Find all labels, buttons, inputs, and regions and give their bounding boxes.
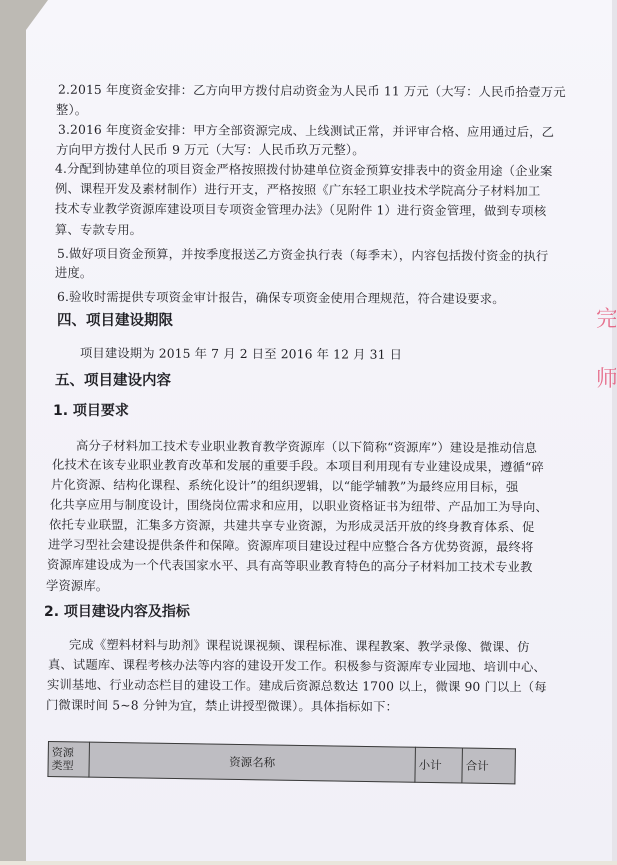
content-line: 实训基地、行业动态栏目的建设工作。建成后资源总数达 1700 以上，微课 90 … — [47, 677, 547, 696]
header-resource-type-line2: 类型 — [52, 759, 74, 772]
funding-item-4-line3: 技术专业教学资源库建设项目专项资金管理办法》（见附件 1）进行资金管理，做到专项… — [55, 201, 546, 220]
header-resource-name: 资源名称 — [89, 742, 416, 782]
header-total: 合计 — [462, 748, 516, 784]
requirements-line: 片化资源、结构化课程、系统化设计”的组织逻辑，以“能学辅教”为最终应用目标，强 — [51, 477, 518, 495]
funding-item-4-line1: 4.分配到协建单位的项目资金严格按照拨付协建单位资金预算安排表中的资金用途（企业… — [55, 161, 553, 180]
requirements-line: 化技术在该专业职业教育改革和发展的重要手段。本项目利用现有专业建设成果，遵循“碎 — [52, 457, 544, 476]
funding-item-4-line2: 例、课程开发及素材制作）进行开支，严格按照《广东轻工职业技术学院高分子材料加工 — [55, 181, 541, 200]
requirements-line: 学资源库。 — [46, 578, 108, 594]
requirements-line: 依托专业联盟，汇集多方资源，共建共享专业资源，为形成灵活开放的终身教育体系、促 — [49, 517, 535, 536]
stamp-char: 完 — [596, 300, 616, 340]
funding-item-2-line2: 整）。 — [56, 102, 87, 118]
requirements-line: 进学习型社会建设提供条件和保障。资源库项目建设过程中应整合各方优势资源，最终将 — [48, 537, 534, 556]
subsection1-heading: 1. 项目要求 — [53, 402, 129, 420]
header-resource-type-line1: 资源 — [52, 746, 74, 759]
section4-period-text: 项目建设期为 2015 年 7 月 2 日至 2016 年 12 月 31 日 — [80, 345, 402, 363]
section4-heading: 四、项目建设期限 — [57, 312, 173, 330]
section5-heading: 五、项目建设内容 — [55, 372, 171, 390]
funding-item-3-line2: 方向甲方拨付人民币 9 万元（大写：人民币玖万元整）。 — [56, 142, 365, 158]
content-line: 完成《塑料材料与助剂》课程说课视频、课程标准、课程教案、教学录像、微课、仿 — [69, 637, 530, 655]
header-resource-type: 资源 类型 — [48, 742, 90, 778]
table-header-row: 资源 类型 资源名称 小计 合计 — [48, 742, 515, 784]
stamp-char: 师 — [596, 360, 616, 400]
requirements-line: 资源库建设成为一个代表国家水平、具有高等职业教育特色的高分子材料加工技术专业教 — [47, 557, 533, 576]
requirements-line: 高分子材料加工技术专业职业教育教学资源库（以下简称“资源库”）建设是推动信息 — [76, 438, 537, 456]
page-bottom-edge — [0, 861, 617, 865]
funding-item-5-line2: 进度。 — [55, 265, 92, 281]
funding-item-5-line1: 5.做好项目资金预算，并按季度报送乙方资金执行表（每季末），内容包括拨付资金的执… — [57, 246, 548, 265]
subsection2-heading: 2. 项目建设内容及指标 — [44, 603, 190, 621]
red-seal-stamp: 完 师 — [596, 300, 616, 440]
funding-item-6-line1: 6.验收时需提供专项资金审计报告，确保专项资金使用合理规范，符合建设要求。 — [57, 289, 505, 307]
header-subtotal: 小计 — [415, 747, 463, 783]
content-line: 门微课时间 5~8 分钟为宜，禁止讲授型微课）。具体指标如下： — [46, 697, 398, 715]
funding-item-2-line1: 2.2015 年度资金安排：乙方向甲方拨付启动资金为人民币 11 万元（大写：人… — [58, 82, 566, 101]
funding-item-4-line4: 算、专款专用。 — [55, 222, 142, 238]
requirements-line: 化共享应用与制度设计，围绕岗位需求和应用，以职业资格证书为纽带、产品加工为导向、 — [50, 497, 548, 516]
content-line: 真、试题库、课程考核办法等内容的建设开发工作。积极参与资源库专业园地、培训中心、 — [48, 657, 546, 676]
funding-item-3-line1: 3.2016 年度资金安排：甲方全部资源完成、上线测试正常，并评审合格、应用通过… — [58, 122, 554, 141]
indicator-table: 资源 类型 资源名称 小计 合计 — [47, 741, 516, 798]
